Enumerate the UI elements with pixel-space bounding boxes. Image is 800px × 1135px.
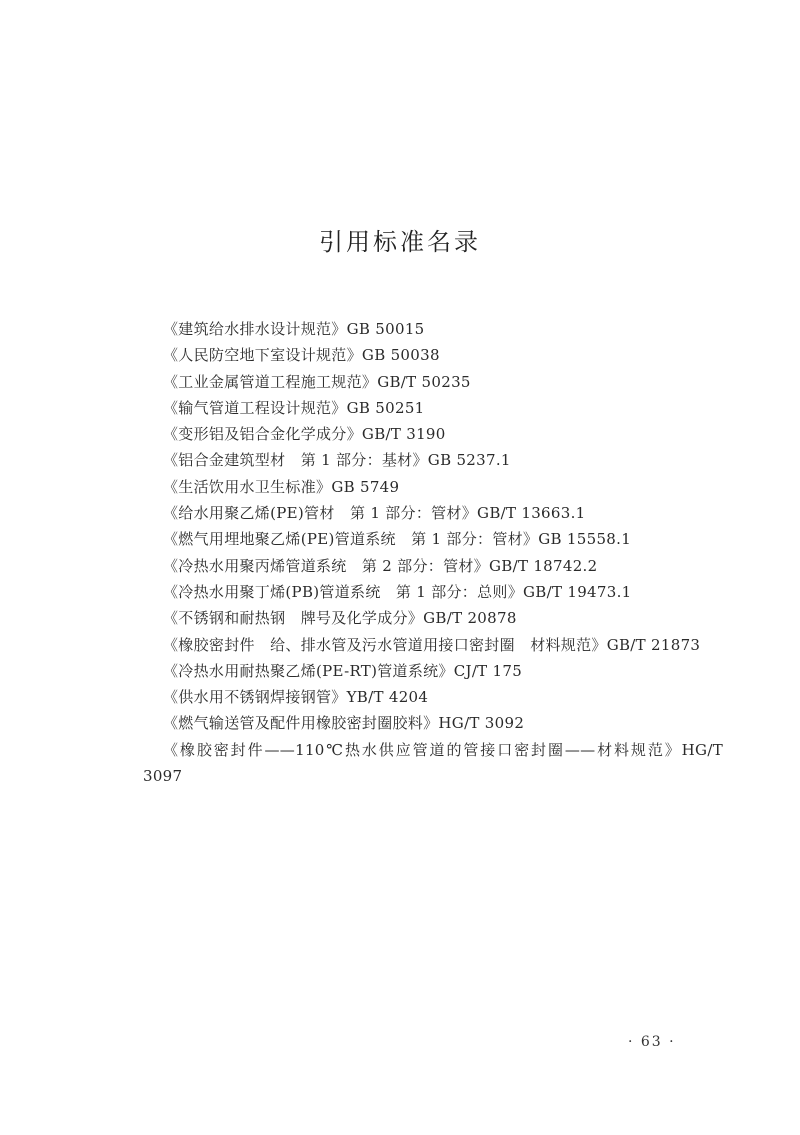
reference-item: 《橡胶密封件 给、排水管及污水管道用接口密封圈 材料规范》GB/T 21873: [143, 632, 723, 658]
reference-name: 《给水用聚乙烯(PE)管材 第 1 部分：管材》: [163, 504, 477, 522]
page-title: 引用标准名录: [0, 222, 800, 257]
reference-name: 《工业金属管道工程施工规范》: [163, 373, 377, 391]
reference-item: 《变形铝及铝合金化学成分》GB/T 3190: [143, 421, 723, 447]
reference-code: GB 5749: [331, 478, 399, 496]
reference-item: 《工业金属管道工程施工规范》GB/T 50235: [143, 369, 723, 395]
reference-item: 《冷热水用聚丙烯管道系统 第 2 部分：管材》GB/T 18742.2: [143, 553, 723, 579]
reference-item: 《人民防空地下室设计规范》GB 50038: [143, 342, 723, 368]
reference-name: 《冷热水用聚丁烯(PB)管道系统 第 1 部分：总则》: [163, 583, 523, 601]
reference-item: 《橡胶密封件——110℃热水供应管道的管接口密封圈——材料规范》HG/T 309…: [143, 737, 723, 790]
reference-name: 《橡胶密封件 给、排水管及污水管道用接口密封圈 材料规范》: [163, 636, 607, 654]
reference-code: GB/T 18742.2: [489, 557, 597, 575]
page-number: · 63 ·: [628, 1034, 676, 1050]
reference-code: HG/T 3092: [438, 714, 524, 732]
reference-code: GB 50038: [362, 346, 440, 364]
reference-name: 《建筑给水排水设计规范》: [163, 320, 347, 338]
reference-name: 《铝合金建筑型材 第 1 部分：基材》: [163, 451, 428, 469]
reference-item: 《建筑给水排水设计规范》GB 50015: [143, 316, 723, 342]
reference-item: 《给水用聚乙烯(PE)管材 第 1 部分：管材》GB/T 13663.1: [143, 500, 723, 526]
reference-item: 《生活饮用水卫生标准》GB 5749: [143, 474, 723, 500]
reference-name: 《橡胶密封件——110℃热水供应管道的管接口密封圈——材料规范》: [163, 741, 682, 759]
reference-item: 《冷热水用耐热聚乙烯(PE-RT)管道系统》CJ/T 175: [143, 658, 723, 684]
reference-item: 《不锈钢和耐热钢 牌号及化学成分》GB/T 20878: [143, 605, 723, 631]
reference-code: GB/T 50235: [377, 373, 471, 391]
reference-item: 《铝合金建筑型材 第 1 部分：基材》GB 5237.1: [143, 447, 723, 473]
reference-name: 《供水用不锈钢焊接钢管》: [163, 688, 347, 706]
reference-item: 《燃气输送管及配件用橡胶密封圈胶料》HG/T 3092: [143, 710, 723, 736]
reference-item: 《燃气用埋地聚乙烯(PE)管道系统 第 1 部分：管材》GB 15558.1: [143, 526, 723, 552]
reference-name: 《变形铝及铝合金化学成分》: [163, 425, 362, 443]
reference-name: 《生活饮用水卫生标准》: [163, 478, 331, 496]
reference-name: 《冷热水用聚丙烯管道系统 第 2 部分：管材》: [163, 557, 489, 575]
reference-name: 《冷热水用耐热聚乙烯(PE-RT)管道系统》: [163, 662, 454, 680]
reference-name: 《燃气输送管及配件用橡胶密封圈胶料》: [163, 714, 438, 732]
reference-code: GB/T 20878: [423, 609, 517, 627]
reference-code: CJ/T 175: [454, 662, 522, 680]
reference-list: 《建筑给水排水设计规范》GB 50015 《人民防空地下室设计规范》GB 500…: [143, 316, 723, 789]
reference-code: GB/T 3190: [362, 425, 446, 443]
reference-item: 《供水用不锈钢焊接钢管》YB/T 4204: [143, 684, 723, 710]
reference-item: 《输气管道工程设计规范》GB 50251: [143, 395, 723, 421]
reference-code: GB 50251: [347, 399, 425, 417]
reference-code: GB 50015: [347, 320, 425, 338]
reference-name: 《燃气用埋地聚乙烯(PE)管道系统 第 1 部分：管材》: [163, 530, 538, 548]
reference-name: 《不锈钢和耐热钢 牌号及化学成分》: [163, 609, 423, 627]
reference-code: YB/T 4204: [347, 688, 429, 706]
reference-code: GB/T 13663.1: [477, 504, 585, 522]
reference-code: GB/T 21873: [607, 636, 701, 654]
reference-item: 《冷热水用聚丁烯(PB)管道系统 第 1 部分：总则》GB/T 19473.1: [143, 579, 723, 605]
reference-name: 《输气管道工程设计规范》: [163, 399, 347, 417]
reference-name: 《人民防空地下室设计规范》: [163, 346, 362, 364]
reference-code: GB 5237.1: [428, 451, 511, 469]
reference-code: GB 15558.1: [538, 530, 631, 548]
reference-code: GB/T 19473.1: [523, 583, 631, 601]
